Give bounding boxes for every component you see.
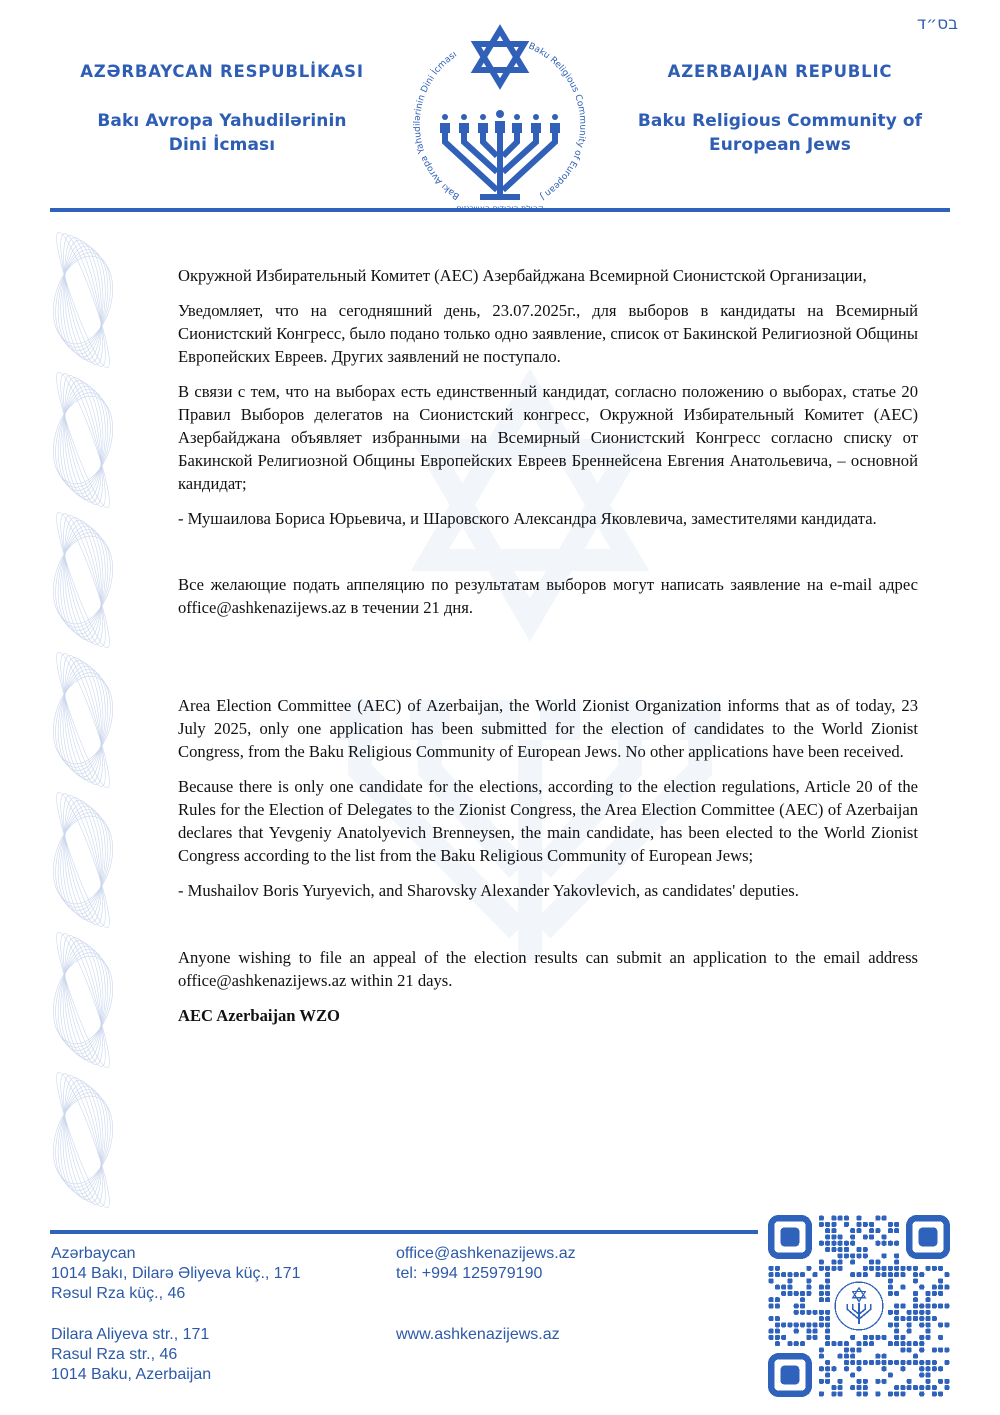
en-paragraph-deputies: - Mushailov Boris Yuryevich, and Sharovs…	[178, 879, 918, 902]
letter-body: Окружной Избирательный Комитет (AEC) Азе…	[178, 264, 918, 1039]
guilloche-border	[52, 230, 114, 1215]
header-right-title: AZERBAIJAN REPUBLIC	[610, 62, 950, 81]
bsd-mark: בס״ד	[917, 14, 958, 34]
header-left-az: AZƏRBAYCAN RESPUBLİKASI Bakı Avropa Yahu…	[52, 62, 392, 157]
header-right-subtitle-line2: European Jews	[610, 133, 950, 157]
header-left-title: AZƏRBAYCAN RESPUBLİKASI	[52, 62, 392, 81]
footer-phone: tel: +994 125979190	[396, 1264, 576, 1284]
en-paragraph-appeal: Anyone wishing to file an appeal of the …	[178, 946, 918, 992]
ru-appeal-email-link[interactable]: office@ashkenazijews.az	[178, 598, 346, 617]
en-appeal-text-end: within 21 days.	[346, 971, 452, 990]
star-of-david-menorah-icon: Bakı Avropa Yahudilərinin Dini İcması Ba…	[400, 20, 600, 212]
en-paragraph-declaration: Because there is only one candidate for …	[178, 775, 918, 867]
ru-paragraph-declaration: В связи с тем, что на выборах есть единс…	[178, 380, 918, 495]
ru-appeal-text-end: в течении 21 дня.	[346, 598, 473, 617]
ru-paragraph-notice: Уведомляет, что на сегодняшний день, 23.…	[178, 299, 918, 368]
footer-email-link[interactable]: office@ashkenazijews.az	[396, 1244, 576, 1264]
qr-code-icon[interactable]	[768, 1215, 950, 1397]
header-divider	[50, 208, 950, 212]
header-left-subtitle-line1: Bakı Avropa Yahudilərinin	[52, 109, 392, 133]
footer-address-en-line: Dilara Aliyeva str., 171	[51, 1325, 211, 1345]
ru-paragraph-deputies: - Мушаилова Бориса Юрьевича, и Шаровског…	[178, 507, 918, 530]
ru-paragraph-appeal: Все желающие подать аппеляцию по результ…	[178, 573, 918, 619]
footer-address-en-line: 1014 Baku, Azerbaijan	[51, 1365, 211, 1385]
signature: AEC Azerbaijan WZO	[178, 1004, 918, 1027]
en-appeal-text: Anyone wishing to file an appeal of the …	[178, 948, 918, 967]
footer-address-az-line: Rəsul Rza küç., 46	[51, 1284, 301, 1304]
header-right-en: AZERBAIJAN REPUBLIC Baku Religious Commu…	[610, 62, 950, 157]
en-paragraph-notice: Area Election Committee (AEC) of Azerbai…	[178, 694, 918, 763]
ru-paragraph-addressee: Окружной Избирательный Комитет (AEC) Азе…	[178, 264, 918, 287]
footer-address-az-line: 1014 Bakı, Dilarə Əliyeva küç., 171	[51, 1264, 301, 1284]
en-appeal-email-link[interactable]: office@ashkenazijews.az	[178, 971, 346, 990]
footer-address-az: Azərbaycan 1014 Bakı, Dilarə Əliyeva küç…	[51, 1244, 301, 1304]
header-left-subtitle-line2: Dini İcması	[52, 133, 392, 157]
footer-address-en: Dilara Aliyeva str., 171 Rasul Rza str.,…	[51, 1325, 211, 1385]
ru-appeal-text: Все желающие подать аппеляцию по результ…	[178, 575, 918, 594]
header-left-subtitle: Bakı Avropa Yahudilərinin Dini İcması	[52, 109, 392, 157]
svg-text:Bakı Avropa Yahudilərinin Dini: Bakı Avropa Yahudilərinin Dini İcması	[413, 50, 462, 201]
footer-website-link[interactable]: www.ashkenazijews.az	[396, 1325, 560, 1345]
footer-address-en-line: Rasul Rza str., 46	[51, 1345, 211, 1365]
header-right-subtitle: Baku Religious Community of European Jew…	[610, 109, 950, 157]
header-right-subtitle-line1: Baku Religious Community of	[610, 109, 950, 133]
footer-divider	[50, 1230, 758, 1234]
footer-contacts: office@ashkenazijews.az tel: +994 125979…	[396, 1244, 576, 1284]
footer-address-az-line: Azərbaycan	[51, 1244, 301, 1264]
